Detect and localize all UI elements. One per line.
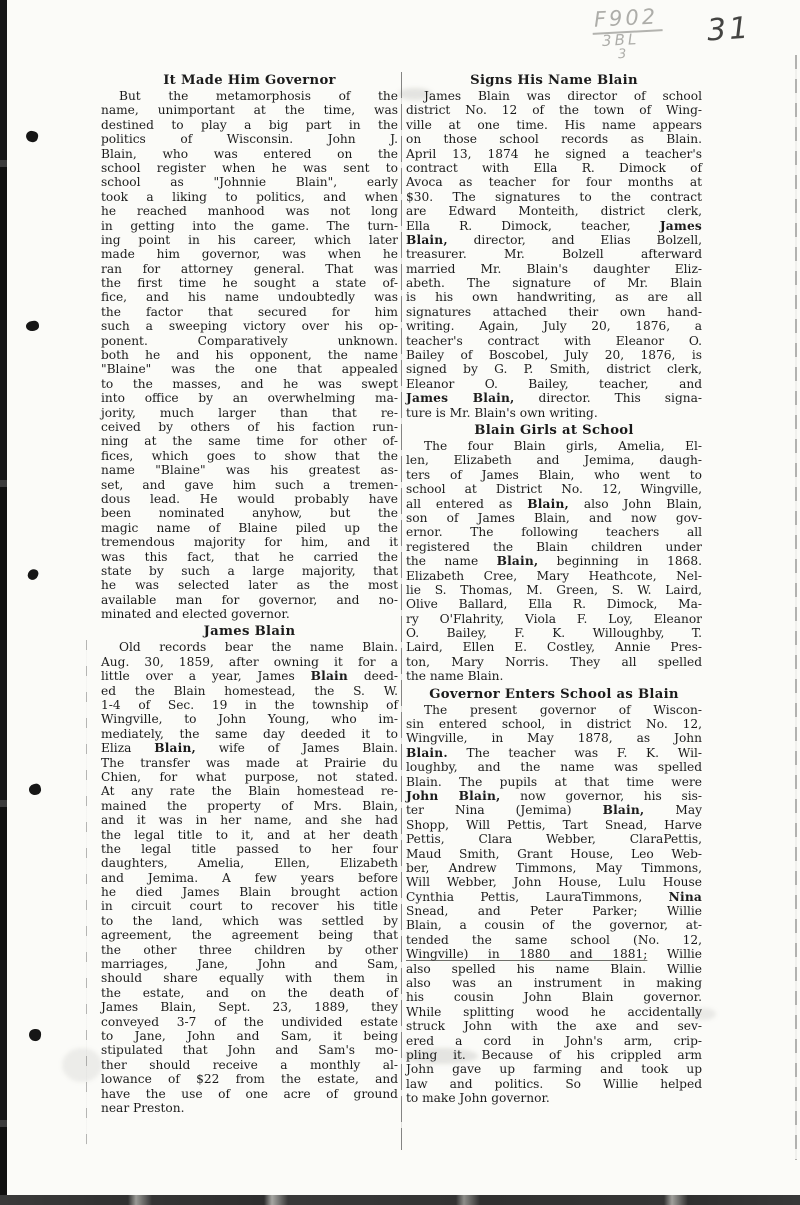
article-line: Aug. 30, 1859, after owning it for a bbox=[101, 655, 398, 669]
article-line: ry O'Flahrity, Viola F. Loy, Eleanor bbox=[406, 612, 702, 626]
article-line: John Blain, now governor, his sis- bbox=[406, 789, 702, 803]
article-line: pling it. Because of his crippled arm bbox=[406, 1048, 702, 1062]
article-line: Wingville) in 1880 and 1881; Willie bbox=[406, 947, 702, 961]
article-line: school register when he was sent to bbox=[101, 161, 398, 175]
article-line: Elizabeth Cree, Mary Heathcote, Nel- bbox=[406, 569, 702, 583]
article-line: politics of Wisconsin. John J. bbox=[101, 132, 398, 146]
article-line: to the masses, and he was swept bbox=[101, 377, 398, 391]
article-line: Maud Smith, Grant House, Leo Web- bbox=[406, 847, 702, 861]
article-line: such a sweeping victory over his op- bbox=[101, 319, 398, 333]
article-line: Cynthia Pettis, LauraTimmons, Nina bbox=[406, 890, 702, 904]
page-number-annotation: 31 bbox=[706, 11, 753, 49]
article-line: both he and his opponent, the name bbox=[101, 348, 398, 362]
article-line: ville at one time. His name appears bbox=[406, 118, 702, 132]
article-line: in circuit court to recover his title bbox=[101, 899, 398, 913]
article-line: the name Blain. bbox=[406, 669, 702, 683]
article-line: ed the Blain homestead, the S. W. bbox=[101, 684, 398, 698]
article-line: The transfer was made at Prairie du bbox=[101, 756, 398, 770]
article-line: in getting into the game. The turn- bbox=[101, 219, 398, 233]
article-line: Wingville, in May 1878, as John bbox=[406, 731, 702, 745]
article-line: the legal title to it, and at her death bbox=[101, 828, 398, 842]
article-line: len, Elizabeth and Jemima, daugh- bbox=[406, 453, 702, 467]
article-line: Blain. The teacher was F. K. Wil- bbox=[406, 746, 702, 760]
article-line: and it was in her name, and she had bbox=[101, 813, 398, 827]
article-line: Eliza Blain, wife of James Blain. bbox=[101, 741, 398, 755]
article-line: James Blain, director. This signa- bbox=[406, 391, 702, 405]
article-line: Avoca as teacher for four months at bbox=[406, 175, 702, 189]
article-line: ber, Andrew Timmons, May Timmons, bbox=[406, 861, 702, 875]
article-line: also was an instrument in making bbox=[406, 976, 702, 990]
article-line: to make John governor. bbox=[406, 1091, 702, 1105]
article-line: ning at the same time for other of- bbox=[101, 434, 398, 448]
article-line: he was selected later as the most bbox=[101, 578, 398, 592]
article-line: agreement, the agreement being that bbox=[101, 928, 398, 942]
article-line: fices, which goes to show that the bbox=[101, 449, 398, 463]
article-line: tended the same school (No. 12, bbox=[406, 933, 702, 947]
article-line: The four Blain girls, Amelia, El- bbox=[406, 439, 702, 453]
article-line: should share equally with them in bbox=[101, 971, 398, 985]
article-line: The present governor of Wiscon- bbox=[406, 703, 702, 717]
section-heading: Blain Girls at School bbox=[406, 422, 702, 439]
article-line: near Preston. bbox=[101, 1101, 398, 1115]
article-line: ther should receive a monthly al- bbox=[101, 1058, 398, 1072]
article-line: made him governor, was when he bbox=[101, 247, 398, 261]
article-line: lie S. Thomas, M. Green, S. W. Laird, bbox=[406, 583, 702, 597]
article-line: signed by G. P. Smith, district clerk, bbox=[406, 362, 702, 376]
article-line: loughby, and the name was spelled bbox=[406, 760, 702, 774]
article-line: been nominated anyhow, but the bbox=[101, 506, 398, 520]
article-line: dous lead. He would probably have bbox=[101, 492, 398, 506]
article-line: Blain, who was entered on the bbox=[101, 147, 398, 161]
article-line: teacher's contract with Eleanor O. bbox=[406, 334, 702, 348]
article-line: to Jane, John and Sam, it being bbox=[101, 1029, 398, 1043]
article-line: stipulated that John and Sam's mo- bbox=[101, 1043, 398, 1057]
article-line: fice, and his name undoubtedly was bbox=[101, 290, 398, 304]
scan-right-edge-line bbox=[795, 55, 797, 1160]
article-line: Chien, for what purpose, not stated. bbox=[101, 770, 398, 784]
scan-smudge bbox=[62, 1048, 102, 1082]
article-line: ter Nina (Jemima) Blain, May bbox=[406, 803, 702, 817]
article-line: are Edward Monteith, district clerk, bbox=[406, 204, 702, 218]
article-line: Ella R. Dimock, teacher, James bbox=[406, 219, 702, 233]
section-heading: Governor Enters School as Blain bbox=[406, 686, 702, 703]
article-line: sin entered school, in district No. 12, bbox=[406, 717, 702, 731]
article-line: Blain, a cousin of the governor, at- bbox=[406, 918, 702, 932]
article-line: ters of James Blain, who went to bbox=[406, 468, 702, 482]
article-line: state by such a large majority, that bbox=[101, 564, 398, 578]
article-line: Old records bear the name Blain. bbox=[101, 640, 398, 654]
article-line: the estate, and on the death of bbox=[101, 986, 398, 1000]
article-line: Will Webber, John House, Lulu House bbox=[406, 875, 702, 889]
article-line: ton, Mary Norris. They all spelled bbox=[406, 655, 702, 669]
article-line: married Mr. Blain's daughter Eliz- bbox=[406, 262, 702, 276]
article-line: minated and elected governor. bbox=[101, 607, 398, 621]
article-line: magic name of Blaine piled up the bbox=[101, 521, 398, 535]
article-line: he died James Blain brought action bbox=[101, 885, 398, 899]
article-line: is his own handwriting, as are all bbox=[406, 290, 702, 304]
article-line: available man for governor, and no- bbox=[101, 593, 398, 607]
article-line: son of James Blain, and now gov- bbox=[406, 511, 702, 525]
article-line: ceived by others of his faction run- bbox=[101, 420, 398, 434]
catalog-code-annotation: 3 bbox=[618, 47, 627, 62]
article-line: ponent. Comparatively unknown. bbox=[101, 334, 398, 348]
article-line: conveyed 3-7 of the undivided estate bbox=[101, 1015, 398, 1029]
article-line: Bailey of Boscobel, July 20, 1876, is bbox=[406, 348, 702, 362]
article-line: O. Bailey, F. K. Willoughby, T. bbox=[406, 626, 702, 640]
ink-dot bbox=[25, 320, 39, 332]
article-line: destined to play a big part in the bbox=[101, 118, 398, 132]
article-line: district No. 12 of the town of Wing- bbox=[406, 103, 702, 117]
article-line: marriages, Jane, John and Sam, bbox=[101, 957, 398, 971]
article-line: his cousin John Blain governor. bbox=[406, 990, 702, 1004]
article-line: ernor. The following teachers all bbox=[406, 525, 702, 539]
article-line: little over a year, James Blain deed- bbox=[101, 669, 398, 683]
ink-dot bbox=[28, 783, 42, 797]
article-line: signatures attached their own hand- bbox=[406, 305, 702, 319]
article-line: April 13, 1874 he signed a teacher's bbox=[406, 147, 702, 161]
article-line: James Blain, Sept. 23, 1889, they bbox=[101, 1000, 398, 1014]
article-line: the name Blain, beginning in 1868. bbox=[406, 554, 702, 568]
article-line: Pettis, Clara Webber, ClaraPettis, bbox=[406, 832, 702, 846]
column-divider-rule bbox=[401, 72, 402, 1150]
article-line: Olive Ballard, Ella R. Dimock, Ma- bbox=[406, 597, 702, 611]
newspaper-clipping-scan: F902 3BL 3 31 It Made Him GovernorBut th… bbox=[0, 0, 800, 1205]
article-line: While splitting wood he accidentally bbox=[406, 1005, 702, 1019]
scan-left-edge bbox=[0, 0, 7, 1205]
article-line: writing. Again, July 20, 1876, a bbox=[406, 319, 702, 333]
section-heading: It Made Him Governor bbox=[101, 72, 398, 89]
article-line: mained the property of Mrs. Blain, bbox=[101, 799, 398, 813]
article-line: treasurer. Mr. Bolzell afterward bbox=[406, 247, 702, 261]
article-line: But the metamorphosis of the bbox=[101, 89, 398, 103]
section-heading: Signs His Name Blain bbox=[406, 72, 702, 89]
article-line: name, unimportant at the time, was bbox=[101, 103, 398, 117]
article-line: daughters, Amelia, Ellen, Elizabeth bbox=[101, 856, 398, 870]
article-line: At any rate the Blain homestead re- bbox=[101, 784, 398, 798]
article-line: tremendous majority for him, and it bbox=[101, 535, 398, 549]
article-line: the factor that secured for him bbox=[101, 305, 398, 319]
article-line: "Blaine" was the one that appealed bbox=[101, 362, 398, 376]
article-line: all entered as Blain, also John Blain, bbox=[406, 497, 702, 511]
article-line: mediately, the same day deeded it to bbox=[101, 727, 398, 741]
article-line: struck John with the axe and sev- bbox=[406, 1019, 702, 1033]
article-line: ing point in his career, which later bbox=[101, 233, 398, 247]
article-line: and Jemima. A few years before bbox=[101, 871, 398, 885]
article-line: abeth. The signature of Mr. Blain bbox=[406, 276, 702, 290]
article-line: the legal title passed to her four bbox=[101, 842, 398, 856]
section-heading: James Blain bbox=[101, 623, 398, 640]
article-line: $30. The signatures to the contract bbox=[406, 190, 702, 204]
article-line: lowance of $22 from the estate, and bbox=[101, 1072, 398, 1086]
article-line: the other three children by other bbox=[101, 943, 398, 957]
article-line: he reached manhood was not long bbox=[101, 204, 398, 218]
article-line: to the land, which was settled by bbox=[101, 914, 398, 928]
article-line: into office by an overwhelming ma- bbox=[101, 391, 398, 405]
article-line: school at District No. 12, Wingville, bbox=[406, 482, 702, 496]
article-column-left: It Made Him GovernorBut the metamorphosi… bbox=[101, 70, 398, 1115]
scan-bottom-edge bbox=[0, 1195, 800, 1205]
article-line: John gave up farming and took up bbox=[406, 1062, 702, 1076]
article-line: contract with Ella R. Dimock of bbox=[406, 161, 702, 175]
article-line: took a liking to politics, and when bbox=[101, 190, 398, 204]
article-line: jority, much larger than that re- bbox=[101, 406, 398, 420]
article-line: law and politics. So Willie helped bbox=[406, 1077, 702, 1091]
ink-dot bbox=[28, 1028, 41, 1041]
article-line: Blain. The pupils at that time were bbox=[406, 775, 702, 789]
article-line: school as "Johnnie Blain", early bbox=[101, 175, 398, 189]
article-line: set, and gave him such a tremen- bbox=[101, 478, 398, 492]
article-line: James Blain was director of school bbox=[406, 89, 702, 103]
ink-dot bbox=[26, 568, 39, 582]
article-line: have the use of one acre of ground bbox=[101, 1087, 398, 1101]
article-line: name "Blaine" was his greatest as- bbox=[101, 463, 398, 477]
article-line: Blain, director, and Elias Bolzell, bbox=[406, 233, 702, 247]
article-line: Laird, Ellen E. Costley, Annie Pres- bbox=[406, 640, 702, 654]
article-line: also spelled his name Blain. Willie bbox=[406, 962, 702, 976]
article-line: Eleanor O. Bailey, teacher, and bbox=[406, 377, 702, 391]
article-column-right: Signs His Name BlainJames Blain was dire… bbox=[406, 70, 702, 1106]
article-line: the first time he sought a state of- bbox=[101, 276, 398, 290]
article-line: ered a cord in John's arm, crip- bbox=[406, 1034, 702, 1048]
article-line: ran for attorney general. That was bbox=[101, 262, 398, 276]
article-line: Wingville, to John Young, who im- bbox=[101, 712, 398, 726]
article-line: Snead, and Peter Parker; Willie bbox=[406, 904, 702, 918]
article-line: registered the Blain children under bbox=[406, 540, 702, 554]
article-line: was this fact, that he carried the bbox=[101, 550, 398, 564]
ink-dot bbox=[25, 130, 39, 144]
article-line: 1-4 of Sec. 19 in the township of bbox=[101, 698, 398, 712]
article-line: on those school records as Blain. bbox=[406, 132, 702, 146]
article-line: ture is Mr. Blain's own writing. bbox=[406, 406, 702, 420]
article-line: Shopp, Will Pettis, Tart Snead, Harve bbox=[406, 818, 702, 832]
